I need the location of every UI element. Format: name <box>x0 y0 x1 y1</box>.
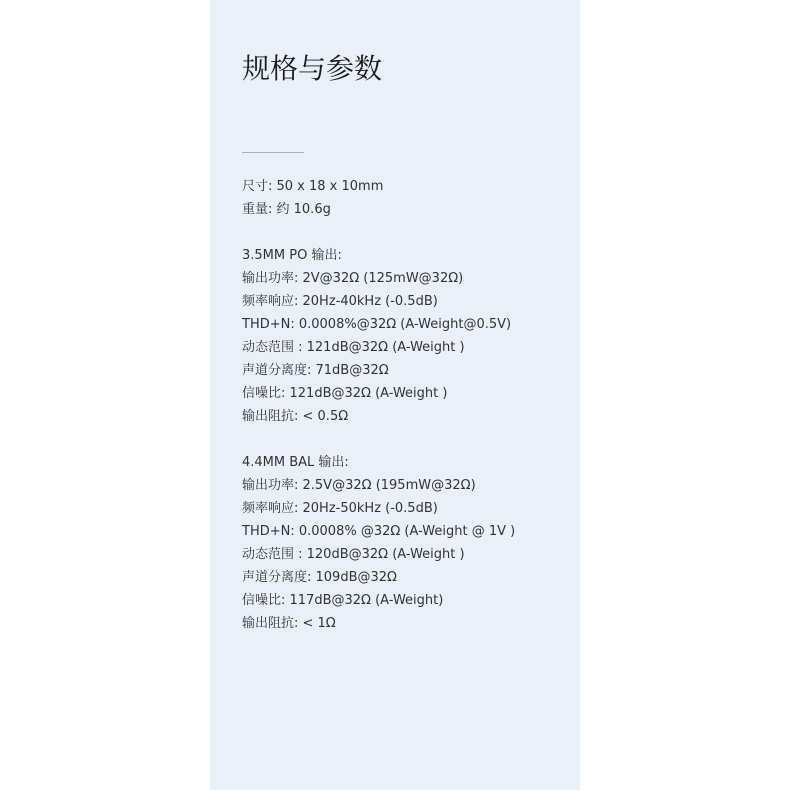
spec-weight: 重量: 约 10.6g <box>242 198 572 221</box>
po-output-impedance: 输出阻抗: < 0.5Ω <box>242 405 572 428</box>
po-output-power: 输出功率: 2V@32Ω (125mW@32Ω) <box>242 267 572 290</box>
bal-dynamic-range: 动态范围 : 120dB@32Ω (A-Weight ) <box>242 543 572 566</box>
page-title: 规格与参数 <box>242 50 382 88</box>
po-frequency-response: 频率响应: 20Hz-40kHz (-0.5dB) <box>242 290 572 313</box>
title-divider <box>242 152 304 153</box>
po-section-heading: 3.5MM PO 输出: <box>242 244 572 267</box>
bal-frequency-response: 频率响应: 20Hz-50kHz (-0.5dB) <box>242 497 572 520</box>
spec-list: 尺寸: 50 x 18 x 10mm 重量: 约 10.6g 3.5MM PO … <box>242 175 572 635</box>
bal-output-impedance: 输出阻抗: < 1Ω <box>242 612 572 635</box>
spec-panel: 规格与参数 尺寸: 50 x 18 x 10mm 重量: 约 10.6g 3.5… <box>210 0 580 790</box>
po-thd-n: THD+N: 0.0008%@32Ω (A-Weight@0.5V) <box>242 313 572 336</box>
section-gap <box>242 221 572 244</box>
bal-section-heading: 4.4MM BAL 输出: <box>242 451 572 474</box>
section-gap <box>242 428 572 451</box>
bal-output-power: 输出功率: 2.5V@32Ω (195mW@32Ω) <box>242 474 572 497</box>
spec-dimensions: 尺寸: 50 x 18 x 10mm <box>242 175 572 198</box>
po-snr: 信噪比: 121dB@32Ω (A-Weight ) <box>242 382 572 405</box>
po-channel-separation: 声道分离度: 71dB@32Ω <box>242 359 572 382</box>
bal-channel-separation: 声道分离度: 109dB@32Ω <box>242 566 572 589</box>
po-dynamic-range: 动态范围 : 121dB@32Ω (A-Weight ) <box>242 336 572 359</box>
bal-snr: 信噪比: 117dB@32Ω (A-Weight) <box>242 589 572 612</box>
bal-thd-n: THD+N: 0.0008% @32Ω (A-Weight @ 1V ) <box>242 520 572 543</box>
